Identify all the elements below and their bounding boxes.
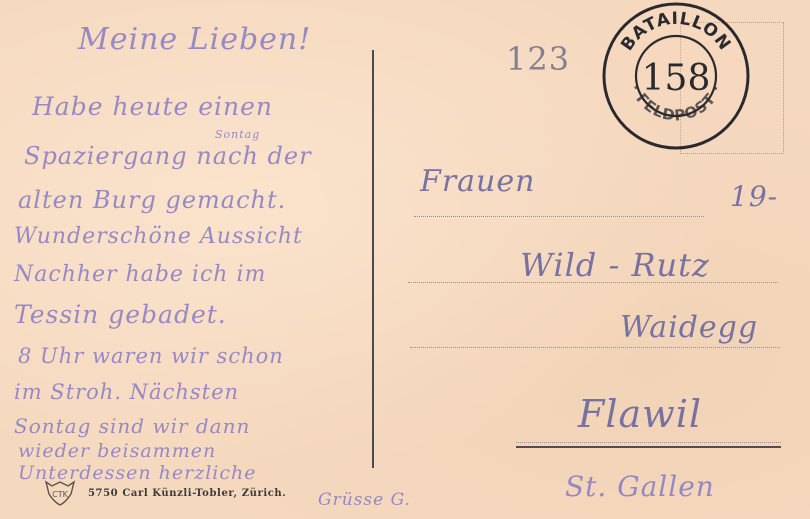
message-line: Wunderschöne Aussicht (14, 224, 303, 249)
side-number: 19- (730, 180, 778, 213)
signature: Grüsse G. (318, 490, 411, 510)
address-line-4: Flawil (578, 392, 702, 436)
postcard-back: Meine Lieben! Sontag Habe heute einen Sp… (0, 0, 810, 519)
center-divider (372, 50, 374, 468)
message-line: Spaziergang nach der (24, 142, 312, 170)
publisher-imprint: 5750 Carl Künzli-Tobler, Zürich. (88, 488, 286, 499)
message-line: Habe heute einen (32, 92, 273, 121)
message-line: alten Burg gemacht. (18, 186, 286, 214)
message-line: wieder beisammen (18, 440, 216, 462)
address-rule-2 (408, 282, 778, 283)
address-line-3: Waidegg (620, 310, 758, 345)
message-line: Tessin gebadet. (14, 300, 227, 329)
address-line-2: Wild - Rutz (520, 246, 710, 284)
address-line-1: Frauen (420, 164, 535, 199)
svg-text:CTK: CTK (52, 490, 68, 499)
insertion-note: Sontag (215, 128, 260, 141)
message-line: Sontag sind wir dann (14, 414, 250, 438)
message-line: 8 Uhr waren wir schon (18, 344, 284, 368)
message-line: im Stroh. Nächsten (14, 380, 239, 404)
publisher-logo-icon: CTK (44, 478, 76, 506)
archive-number: 123 (506, 40, 570, 78)
address-rule-3 (410, 347, 780, 348)
address-rule-4-dotted (516, 442, 781, 443)
address-line-5: St. Gallen (565, 470, 715, 503)
address-rule-4 (516, 446, 781, 448)
message-line: Nachher habe ich im (14, 262, 266, 287)
svg-text:158: 158 (642, 58, 711, 99)
greeting: Meine Lieben! (78, 22, 311, 57)
address-rule-1 (414, 216, 704, 217)
postmark: BATAILLON · FELDPOST · 158 (602, 2, 750, 150)
